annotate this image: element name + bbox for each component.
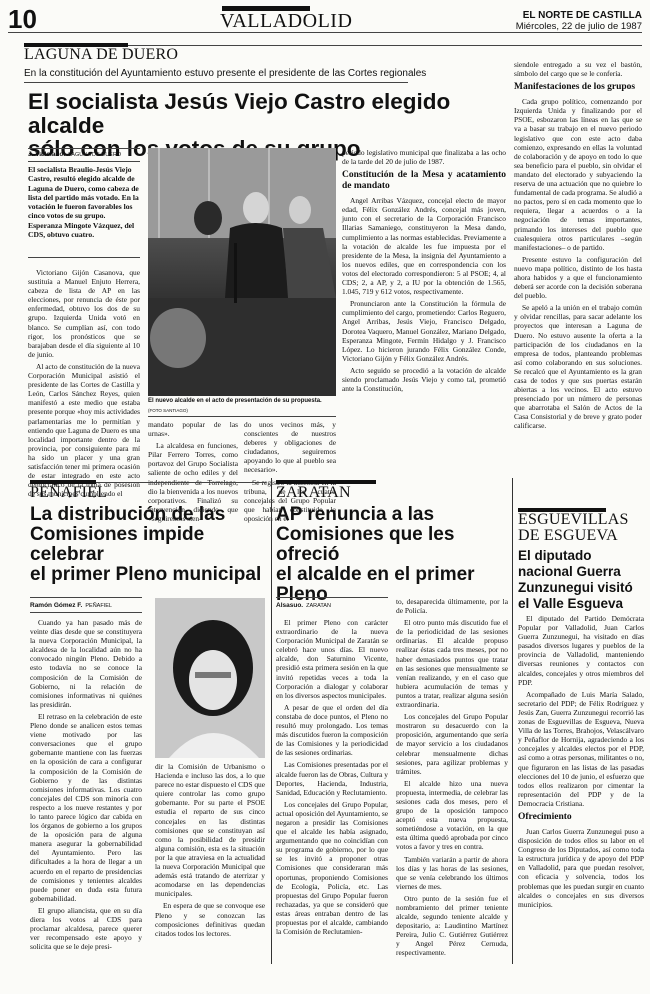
column: El diputado del Partido Demócrata Popula… — [518, 614, 644, 912]
photo-alcaldesa — [155, 598, 265, 758]
byline-rule-bottom — [28, 161, 140, 162]
paragraph: Otro punto de la sesión fue el nombramie… — [396, 894, 508, 958]
byline-rule-bottom — [30, 612, 142, 613]
headline-line: El diputado — [518, 548, 644, 564]
paragraph: Angel Arribas Vázquez, concejal electo d… — [342, 196, 506, 296]
headline-line: el Valle Esgueva — [518, 596, 644, 612]
subtitle-ofrecimiento: Ofrecimiento — [518, 812, 644, 823]
column-2: to, desaparecida últimamente, por la de … — [396, 597, 508, 961]
paragraph: Victoriano Gijón Casanova, que sustituía… — [28, 268, 140, 359]
lead-paragraph: El socialista Braulio-Jesús Viejo Castro… — [28, 165, 140, 239]
newspaper-name: EL NORTE DE CASTILLA — [523, 10, 642, 21]
kicker: LAGUNA DE DUERO — [24, 46, 178, 64]
headline: AP renuncia a las Comisiones que les ofr… — [276, 505, 512, 605]
paragraph: Acto seguido se procedió a la votación d… — [342, 366, 506, 393]
byline-author: Alsasuo. — [276, 602, 303, 609]
paragraph: mandato popular de las urnas». — [148, 420, 238, 438]
headline-line: Comisiones que les ofreció — [276, 525, 512, 565]
byline-rule — [30, 597, 142, 598]
caption-rule — [148, 416, 336, 417]
section-title: VALLADOLID — [220, 10, 352, 33]
photo-caption: El nuevo alcalde en el acto de presentac… — [148, 398, 336, 404]
paragraph: Pronunciaron ante la Constitución la fór… — [342, 299, 506, 363]
kicker-line: ESGUEVILLAS — [518, 512, 629, 528]
paragraph: En espera de que se convoque ese Pleno y… — [155, 901, 265, 937]
column-4: período legislativo municipal que finali… — [342, 148, 506, 396]
byline-place: ZARATAN — [306, 603, 331, 609]
byline-rule — [276, 597, 388, 598]
headline-line-1: El socialista Jesús Viejo Castro elegido… — [28, 90, 518, 137]
headline-line: nacional Guerra — [518, 564, 644, 580]
paragraph: A pesar de que el orden del día constaba… — [276, 703, 388, 758]
paragraph: Los concejales del Grupo Popular mostrar… — [396, 712, 508, 776]
paragraph: Los concejales del Grupo Popular, actual… — [276, 800, 388, 936]
headline-line: Comisiones impide celebrar — [30, 525, 270, 565]
paragraph: to, desaparecida últimamente, por la de … — [396, 597, 508, 615]
paragraph: El otro punto más discutido fue el de la… — [396, 618, 508, 709]
byline: Ramón Gómez F.PEÑAFIEL — [30, 602, 112, 609]
paragraph: El retraso en la celebración de este Ple… — [30, 712, 142, 903]
byline-author: Ramón Gómez F. — [30, 602, 82, 609]
byline: Alsasuo.ZARATAN — [276, 602, 331, 609]
kicker-rule — [128, 45, 642, 46]
paragraph: siendole entregado a su vez el bastón, s… — [514, 60, 642, 78]
subtitle-constitucion: Constitución de la Mesa y acatamiento de… — [342, 170, 506, 192]
column-divider — [512, 478, 513, 964]
paragraph: período legislativo municipal que finali… — [342, 148, 506, 166]
byline: J. Valleiado.LAGUNA DE DUERO — [28, 151, 121, 158]
byline-rule-top — [28, 148, 140, 149]
subhead: En la constitución del Ayuntamiento estu… — [24, 68, 426, 79]
photo-credit: (FOTO SANTIAGO) — [148, 408, 188, 413]
paragraph: También variarán a partir de ahora los d… — [396, 855, 508, 891]
subtitle-manifestaciones: Manifestaciones de los grupos — [514, 82, 642, 93]
byline-author: J. Valleiado. — [28, 151, 65, 158]
headline-line: Zunzunegui visitó — [518, 580, 644, 596]
column-divider — [271, 478, 272, 964]
byline-place: PEÑAFIEL — [85, 603, 112, 609]
paragraph: dir la Comisión de Urbanismo o Hacienda … — [155, 762, 265, 898]
byline-place: LAGUNA DE DUERO — [68, 152, 121, 158]
column-5: siendole entregado a su vez el bastón, s… — [514, 60, 642, 434]
column-1: Victoriano Gijón Casanova, que sustituía… — [28, 268, 140, 501]
column-1: El primer Pleno con carácter extraordina… — [276, 618, 388, 939]
headline-line: el primer Pleno municipal — [30, 565, 270, 585]
kicker: ZARATAN — [276, 484, 351, 502]
paragraph: Acompañado de Luis María Salado, secreta… — [518, 690, 644, 808]
issue-date: Miércoles, 22 de julio de 1987 — [516, 21, 642, 32]
paragraph: Las Comisiones presentadas por el alcald… — [276, 760, 388, 796]
paragraph: do unos vecinos más, y conscientes de nu… — [244, 420, 336, 475]
headline-line: AP renuncia a las — [276, 505, 512, 525]
kicker-line: DE ESGUEVA — [518, 528, 629, 544]
paragraph: El diputado del Partido Demócrata Popula… — [518, 614, 644, 687]
paragraph: Cuando ya han pasado más de veinte días … — [30, 618, 142, 709]
paragraph: Al acto de constitución de la nueva Corp… — [28, 362, 140, 498]
column-2: dir la Comisión de Urbanismo o Hacienda … — [155, 762, 265, 941]
paragraph: Juan Carlos Guerra Zunzunegui puso a dis… — [518, 827, 644, 909]
kicker: ESGUEVILLAS DE ESGUEVA — [518, 512, 629, 544]
paragraph: Se apeló a la unión en el trabajo común … — [514, 303, 642, 430]
lead-rule — [28, 257, 140, 258]
paragraph: Presente estuvo la configuración del nue… — [514, 255, 642, 300]
paragraph: Cada grupo político, comenzando por Izqu… — [514, 97, 642, 252]
paragraph: El grupo aliancista, que en su día diera… — [30, 906, 142, 951]
paragraph: El primer Pleno con carácter extraordina… — [276, 618, 388, 700]
photo-new-mayor — [148, 148, 336, 396]
paragraph: El alcalde hizo una nueva propuesta, int… — [396, 779, 508, 852]
subhead-rule — [24, 82, 408, 83]
header-rule — [8, 32, 642, 33]
photo-scene-icon — [148, 148, 336, 396]
headline: El diputado nacional Guerra Zunzunegui v… — [518, 548, 644, 612]
headline: La distribución de las Comisiones impide… — [30, 505, 270, 585]
portrait-icon — [155, 598, 265, 758]
column-1: Cuando ya han pasado más de veinte días … — [30, 618, 142, 954]
kicker-rule — [96, 482, 266, 483]
kicker: PEÑAFIEL — [30, 484, 107, 502]
headline-line: La distribución de las — [30, 505, 270, 525]
page-number: 10 — [8, 4, 37, 35]
